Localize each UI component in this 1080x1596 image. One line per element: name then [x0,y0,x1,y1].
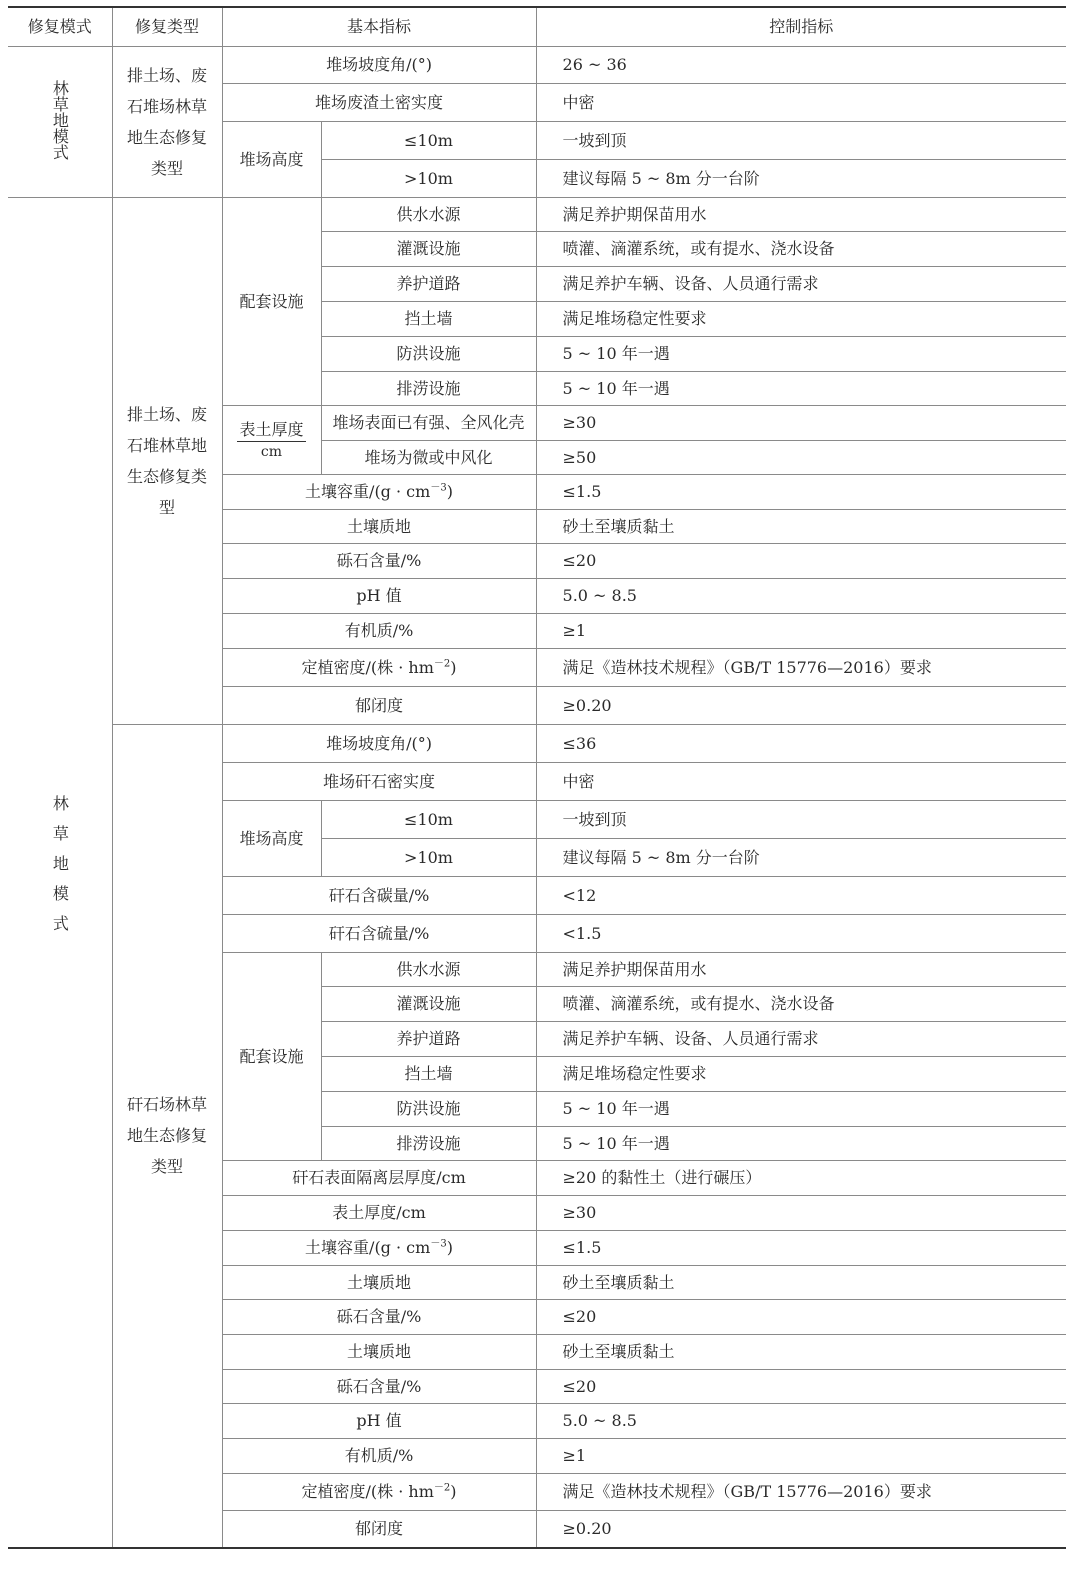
sub-indicator-cell: 堆场为微或中风化 [321,441,536,475]
header-basic-indicator: 基本指标 [222,7,536,47]
indicator-cell: 矸石含硫量/% [222,915,536,953]
control-value-cell: 中密 [536,763,1066,801]
sub-indicator-cell: ≤10m [321,122,536,160]
header-type: 修复类型 [112,7,222,47]
restoration-mode-label: 林草地模式 [50,80,69,160]
indicator-group-cell: 堆场高度 [222,122,321,198]
control-value-cell: 满足养护期保苗用水 [536,953,1066,987]
control-value-cell: 5 ~ 10 年一遇 [536,337,1066,372]
control-value-cell: 一坡到顶 [536,801,1066,839]
control-value-cell: ≥50 [536,441,1066,475]
control-value-cell: 中密 [536,84,1066,122]
indicator-unit-base: 土壤容重/(g · cm [305,482,430,501]
indicator-cell: 堆场废渣土密实度 [222,84,536,122]
indicator-cell: 砾石含量/% [222,1370,536,1404]
control-value-cell: 砂土至壤质黏土 [536,510,1066,544]
control-value-cell: 5.0 ~ 8.5 [536,579,1066,614]
sub-indicator-cell: 供水水源 [321,953,536,987]
sub-indicator-cell: 排涝设施 [321,1127,536,1161]
control-value-cell: 5 ~ 10 年一遇 [536,372,1066,406]
indicator-unit-exponent: －3 [430,483,446,494]
restoration-mode-cell: 林草地模式 [8,198,112,1548]
control-value-cell: ≤20 [536,544,1066,579]
indicator-cell: 土壤容重/(g · cm－3) [222,475,536,510]
sub-indicator-cell: 防洪设施 [321,1092,536,1127]
sub-indicator-cell: ≤10m [321,801,536,839]
control-value-cell: 砂土至壤质黏土 [536,1266,1066,1300]
indicator-cell: 郁闭度 [222,687,536,725]
control-value-cell: 喷灌、滴灌系统，或有提水、浇水设备 [536,232,1066,267]
fraction-numerator: 表土厚度 [237,420,305,442]
indicator-unit-exponent: －2 [434,1483,450,1494]
control-value-cell: ≥0.20 [536,687,1066,725]
sub-indicator-cell: 排涝设施 [321,372,536,406]
sub-indicator-cell: 供水水源 [321,198,536,232]
indicator-cell: 郁闭度 [222,1511,536,1548]
restoration-type-cell: 矸石场林草地生态修复类型 [112,725,222,1548]
sub-indicator-cell: 挡土墙 [321,302,536,337]
restoration-type-cell: 排土场、废石堆场林草地生态修复类型 [112,47,222,198]
indicator-cell: pH 值 [222,579,536,614]
control-value-cell: ≥30 [536,406,1066,441]
control-value-cell: ≥1 [536,614,1066,649]
control-value-cell: 满足堆场稳定性要求 [536,1057,1066,1092]
control-value-cell: ≥20 的黏性土（进行碾压） [536,1161,1066,1196]
sub-indicator-cell: >10m [321,839,536,877]
indicator-cell: 土壤质地 [222,1335,536,1370]
control-value-cell: 满足养护车辆、设备、人员通行需求 [536,267,1066,302]
header-mode: 修复模式 [8,7,112,47]
control-value-cell: <12 [536,877,1066,915]
header-row: 修复模式 修复类型 基本指标 控制指标 [8,7,1066,47]
indicator-unit-base: 定植密度/(株 · hm [302,1482,434,1501]
restoration-mode-label: 林草地模式 [50,795,69,945]
indicator-group-cell: 表土厚度cm [222,406,321,475]
indicator-unit-tail: ) [447,482,453,501]
indicator-group-cell: 配套设施 [222,198,321,406]
control-value-cell: 5 ~ 10 年一遇 [536,1127,1066,1161]
restoration-mode-cell: 林草地模式 [8,47,112,198]
control-value-cell: 砂土至壤质黏土 [536,1335,1066,1370]
sub-indicator-cell: 灌溉设施 [321,987,536,1022]
indicator-unit-tail: ) [450,658,456,677]
control-value-cell: 26 ~ 36 [536,47,1066,84]
indicator-group-cell: 堆场高度 [222,801,321,877]
control-value-cell: 建议每隔 5 ~ 8m 分一台阶 [536,839,1066,877]
sub-indicator-cell: 养护道路 [321,267,536,302]
control-value-cell: 满足《造林技术规程》（GB/T 15776—2016）要求 [536,649,1066,687]
indicator-cell: 矸石含碳量/% [222,877,536,915]
indicator-cell: 定植密度/(株 · hm－2) [222,1474,536,1511]
control-value-cell: ≤20 [536,1300,1066,1335]
sub-indicator-cell: 灌溉设施 [321,232,536,267]
table-row: 矸石场林草地生态修复类型堆场坡度角/(°)≤36 [8,725,1066,763]
restoration-type-label: 排土场、废石堆林草地生态修复类型 [123,399,211,523]
indicator-cell: pH 值 [222,1404,536,1439]
control-value-cell: ≥0.20 [536,1511,1066,1548]
control-value-cell: ≥30 [536,1196,1066,1231]
control-value-cell: <1.5 [536,915,1066,953]
indicator-cell: 堆场坡度角/(°) [222,47,536,84]
control-value-cell: 5 ~ 10 年一遇 [536,1092,1066,1127]
control-value-cell: 满足养护车辆、设备、人员通行需求 [536,1022,1066,1057]
indicator-cell: 矸石表面隔离层厚度/cm [222,1161,536,1196]
control-value-cell: ≤20 [536,1370,1066,1404]
restoration-type-label: 排土场、废石堆场林草地生态修复类型 [123,60,211,184]
table-row: 林草地模式排土场、废石堆场林草地生态修复类型堆场坡度角/(°)26 ~ 36 [8,47,1066,84]
sub-indicator-cell: >10m [321,160,536,198]
sub-indicator-cell: 挡土墙 [321,1057,536,1092]
control-value-cell: ≤36 [536,725,1066,763]
indicator-cell: 有机质/% [222,614,536,649]
control-value-cell: 满足堆场稳定性要求 [536,302,1066,337]
indicator-cell: 砾石含量/% [222,1300,536,1335]
fraction-denominator: cm [261,442,282,461]
indicator-unit-exponent: －2 [434,659,450,670]
indicator-unit-base: 土壤容重/(g · cm [305,1238,430,1257]
sub-indicator-cell: 防洪设施 [321,337,536,372]
control-value-cell: 建议每隔 5 ~ 8m 分一台阶 [536,160,1066,198]
indicator-cell: 砾石含量/% [222,544,536,579]
control-value-cell: ≤1.5 [536,475,1066,510]
indicator-group-cell: 配套设施 [222,953,321,1161]
indicator-unit-exponent: －3 [430,1239,446,1250]
control-value-cell: 喷灌、滴灌系统，或有提水、浇水设备 [536,987,1066,1022]
indicator-cell: 定植密度/(株 · hm－2) [222,649,536,687]
indicator-cell: 土壤质地 [222,1266,536,1300]
control-value-cell: 满足《造林技术规程》（GB/T 15776—2016）要求 [536,1474,1066,1511]
indicator-cell: 堆场坡度角/(°) [222,725,536,763]
control-value-cell: ≥1 [536,1439,1066,1474]
indicator-unit-tail: ) [447,1238,453,1257]
control-value-cell: 5.0 ~ 8.5 [536,1404,1066,1439]
sub-indicator-cell: 养护道路 [321,1022,536,1057]
sub-indicator-cell: 堆场表面已有强、全风化壳 [321,406,536,441]
table-row: 林草地模式排土场、废石堆林草地生态修复类型配套设施供水水源满足养护期保苗用水 [8,198,1066,232]
indicator-cell: 土壤质地 [222,510,536,544]
indicator-unit-base: 定植密度/(株 · hm [302,658,434,677]
indicator-cell: 堆场矸石密实度 [222,763,536,801]
restoration-type-label: 矸石场林草地生态修复类型 [125,1089,209,1182]
control-value-cell: 一坡到顶 [536,122,1066,160]
indicator-unit-tail: ) [450,1482,456,1501]
header-control-indicator: 控制指标 [536,7,1066,47]
restoration-spec-table: 修复模式 修复类型 基本指标 控制指标 林草地模式排土场、废石堆场林草地生态修复… [8,6,1066,1549]
indicator-cell: 表土厚度/cm [222,1196,536,1231]
restoration-type-cell: 排土场、废石堆林草地生态修复类型 [112,198,222,725]
indicator-cell: 土壤容重/(g · cm－3) [222,1231,536,1266]
control-value-cell: 满足养护期保苗用水 [536,198,1066,232]
control-value-cell: ≤1.5 [536,1231,1066,1266]
indicator-cell: 有机质/% [222,1439,536,1474]
indicator-group-fraction: 表土厚度cm [237,420,305,461]
